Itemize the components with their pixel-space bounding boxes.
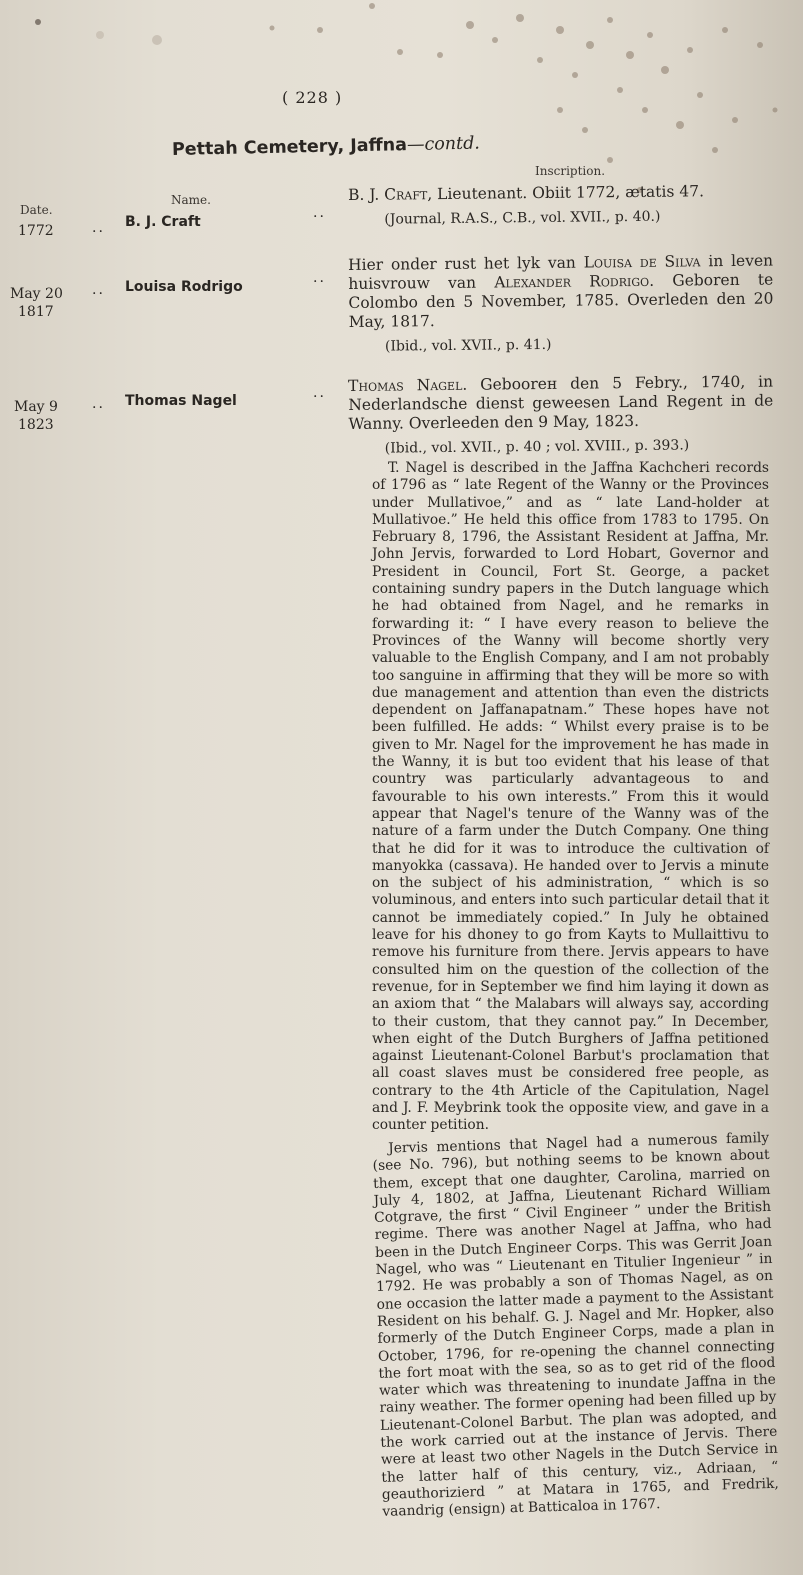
leader-dots: .. — [92, 282, 105, 298]
entry-date: May 20 1817 — [10, 285, 63, 321]
section-title: Pettah Cemetery, Jaffna—contd. — [172, 134, 480, 160]
entry-name: B. J. Craft — [125, 214, 201, 230]
inscription-reference: (Ibid., vol. XVII., p. 40 ; vol. XVIII.,… — [349, 436, 774, 459]
section-title-suffix: —contd. — [407, 134, 480, 156]
inscription-name: Thomas Nagel — [348, 376, 462, 395]
commentary-paragraph: Jervis mentions that Nagel had a numerou… — [372, 1129, 779, 1520]
commentary: T. Nagel is described in the Jaffna Kach… — [372, 460, 769, 1527]
date-line: May 20 — [10, 285, 63, 303]
inscription-text: Hier onder rust het lyk van — [348, 254, 584, 274]
leader-dots: .. — [92, 396, 105, 412]
entry-inscription: B. J. Craft, Lieutenant. Obiit 1772, æta… — [348, 182, 773, 230]
inscription-text: , Lieutenant. Obiit 1772, ætatis 47. — [427, 182, 704, 203]
date-line: May 9 — [14, 398, 58, 416]
column-header-date: Date. — [20, 203, 53, 217]
leader-dots: .. — [313, 270, 326, 286]
entry-name: Thomas Nagel — [125, 393, 237, 409]
entry-date: 1772 — [18, 222, 54, 240]
column-header-name: Name. — [171, 193, 211, 207]
commentary-paragraph: T. Nagel is described in the Jaffna Kach… — [372, 460, 769, 1135]
date-line: 1817 — [10, 303, 63, 321]
leader-dots: .. — [313, 205, 326, 221]
entry-name: Louisa Rodrigo — [125, 279, 243, 295]
inscription-reference: (Ibid., vol. XVII., p. 41.) — [349, 334, 774, 357]
leader-dots: .. — [92, 220, 105, 236]
date-line: 1823 — [14, 416, 58, 434]
section-title-main: Pettah Cemetery, Jaffna — [172, 135, 407, 160]
page-number: ( 228 ) — [282, 88, 342, 107]
column-header-inscription: Inscription. — [535, 164, 605, 178]
inscription-name: Louisa de Silva — [584, 252, 701, 271]
entry-inscription: Thomas Nagel. Geboorен den 5 Febry., 174… — [348, 373, 774, 459]
inscription-name: B. J. Craft — [348, 185, 427, 204]
entry-date: May 9 1823 — [14, 398, 58, 434]
inscription-reference: (Journal, R.A.S., C.B., vol. XVII., p. 4… — [348, 207, 773, 230]
entry-inscription: Hier onder rust het lyk van Louisa de Si… — [348, 252, 774, 357]
leader-dots: .. — [313, 385, 326, 401]
inscription-name: Alexander Rodrigo — [494, 272, 649, 292]
date-line: 1772 — [18, 222, 54, 240]
